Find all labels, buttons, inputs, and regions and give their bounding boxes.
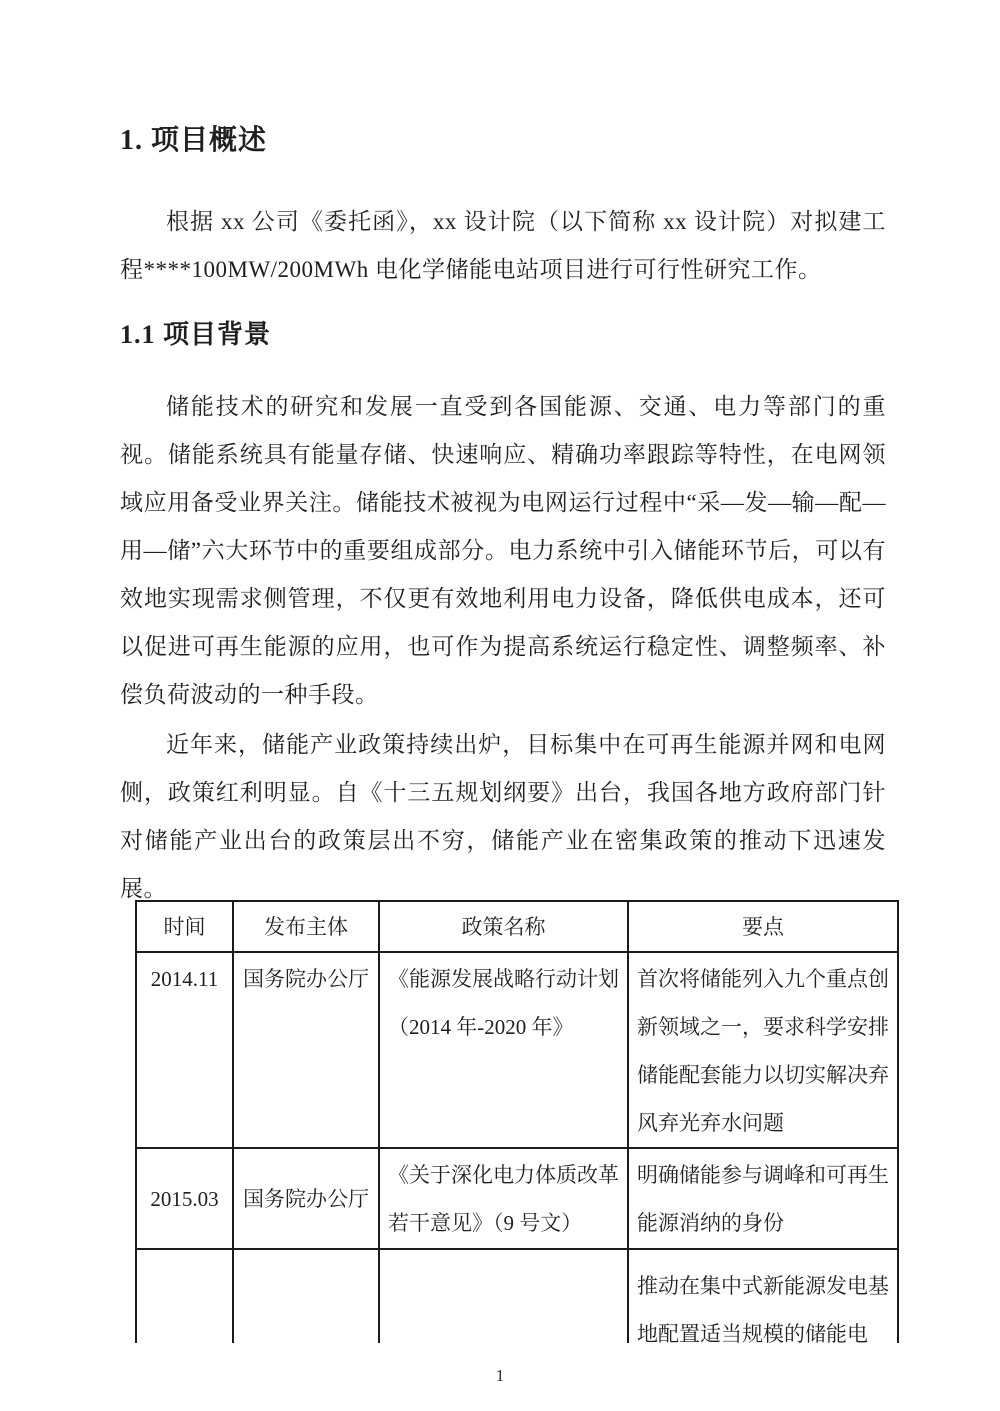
cell-time [136,1249,233,1343]
cell-time: 2014.11 [136,952,233,1148]
col-header-policy: 政策名称 [379,901,628,952]
paragraph-intro: 根据 xx 公司《委托函》，xx 设计院（以下简称 xx 设计院）对拟建工程**… [120,198,886,294]
table-row: 2014.11 国务院办公厅 《能源发展战略行动计划（2014 年-2020 年… [136,952,898,1148]
col-header-points: 要点 [628,901,898,952]
cell-points-clipped-text: 推动在集中式新能源发电基地配置适当规模的储能电站， [637,1250,889,1343]
document-content: 1. 项目概述 根据 xx 公司《委托函》，xx 设计院（以下简称 xx 设计院… [120,0,886,1343]
paragraph-background-1: 储能技术的研究和发展一直受到各国能源、交通、电力等部门的重视。储能系统具有能量存… [120,383,886,719]
policy-table: 时间 发布主体 政策名称 要点 2014.11 国务院办公厅 《能源发展战略行动… [135,900,899,1343]
page-number: 1 [0,1366,1000,1386]
col-header-publisher: 发布主体 [233,901,379,952]
cell-policy [379,1249,628,1343]
cell-publisher [233,1249,379,1343]
cell-points: 首次将储能列入九个重点创新领域之一，要求科学安排储能配套能力以切实解决弃风弃光弃… [628,952,898,1148]
cell-policy: 《关于深化电力体质改革若干意见》（9 号文） [379,1148,628,1249]
table-row: 2015.03 国务院办公厅 《关于深化电力体质改革若干意见》（9 号文） 明确… [136,1148,898,1249]
section-heading-background: 1.1 项目背景 [120,320,886,350]
cell-publisher: 国务院办公厅 [233,1148,379,1249]
document-page: 1. 项目概述 根据 xx 公司《委托函》，xx 设计院（以下简称 xx 设计院… [0,0,1000,1411]
table-row: 推动在集中式新能源发电基地配置适当规模的储能电站， [136,1249,898,1343]
table-header-row: 时间 发布主体 政策名称 要点 [136,901,898,952]
cell-points: 明确储能参与调峰和可再生能源消纳的身份 [628,1148,898,1249]
cell-time: 2015.03 [136,1148,233,1249]
cell-points: 推动在集中式新能源发电基地配置适当规模的储能电站， [628,1249,898,1343]
cell-policy: 《能源发展战略行动计划（2014 年-2020 年》 [379,952,628,1148]
paragraph-background-2: 近年来，储能产业政策持续出炉，目标集中在可再生能源并网和电网侧，政策红利明显。自… [120,721,886,913]
page-title: 1. 项目概述 [120,126,886,156]
cell-publisher: 国务院办公厅 [233,952,379,1148]
